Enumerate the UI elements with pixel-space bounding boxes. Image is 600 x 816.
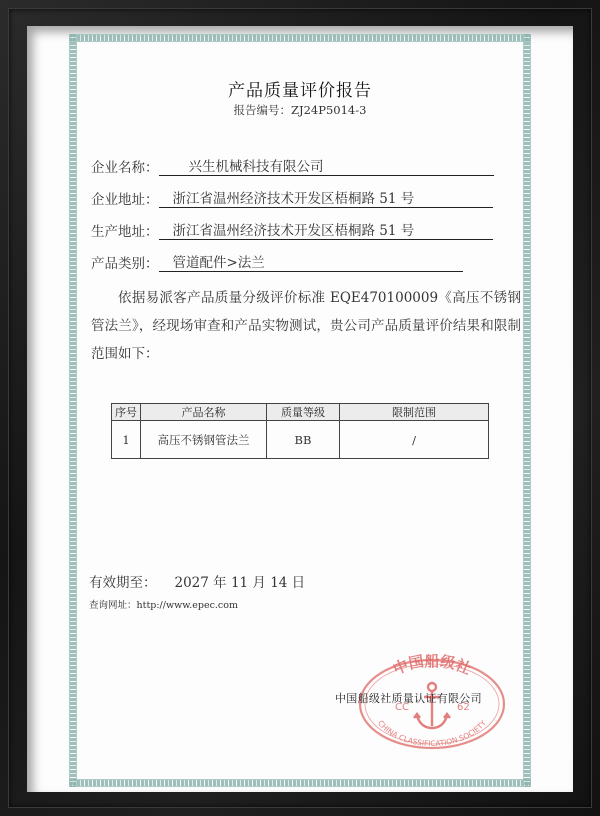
svg-text:中国船级社: 中国船级社 xyxy=(390,654,473,678)
stamp-top-text: 中国船级社 xyxy=(390,654,473,678)
query-label: 查询网址： xyxy=(89,600,137,611)
field-product-category: 产品类别： 管道配件>法兰 xyxy=(91,252,463,272)
header-index: 序号 xyxy=(112,404,141,421)
report-number-value: ZJ24P5014-3 xyxy=(291,103,366,117)
field-value: 兴生机械科技有限公司 xyxy=(159,159,494,176)
result-table: 序号 产品名称 质量等级 限制范围 1 高压不锈钢管法兰 BB / xyxy=(111,403,489,459)
field-label: 企业名称： xyxy=(91,156,159,176)
chain-border-right xyxy=(523,34,531,787)
issuer-name: 中国船级社质量认证有限公司 xyxy=(335,690,482,706)
chain-border-bottom xyxy=(69,779,531,787)
field-production-address: 生产地址： 浙江省温州经济技术开发区梧桐路 51 号 xyxy=(91,220,493,240)
field-label: 产品类别： xyxy=(91,252,159,272)
table-row: 1 高压不锈钢管法兰 BB / xyxy=(112,421,489,459)
query-link[interactable]: http://www.epec.com xyxy=(137,600,238,611)
report-number-label: 报告编号： xyxy=(234,103,292,117)
certificate-paper: 产品质量评价报告 报告编号：ZJ24P5014-3 企业名称： 兴生机械科技有限… xyxy=(27,26,573,792)
header-product-name: 产品名称 xyxy=(141,404,267,421)
field-value: 浙江省温州经济技术开发区梧桐路 51 号 xyxy=(159,191,493,208)
field-label: 生产地址： xyxy=(91,220,159,240)
validity-value: 2027 年 11 月 14 日 xyxy=(175,575,306,591)
field-company-name: 企业名称： 兴生机械科技有限公司 xyxy=(91,156,494,176)
cell-quality-grade: BB xyxy=(267,421,340,459)
table-header-row: 序号 产品名称 质量等级 限制范围 xyxy=(112,404,489,421)
field-label: 企业地址： xyxy=(91,188,159,208)
field-value: 浙江省温州经济技术开发区梧桐路 51 号 xyxy=(159,223,493,240)
cell-product-name: 高压不锈钢管法兰 xyxy=(141,421,267,459)
query-url: 查询网址：http://www.epec.com xyxy=(89,597,238,611)
field-value: 管道配件>法兰 xyxy=(159,255,463,272)
validity-date: 有效期至：2027 年 11 月 14 日 xyxy=(89,571,305,591)
report-number: 报告编号：ZJ24P5014-3 xyxy=(27,102,573,118)
cell-index: 1 xyxy=(112,421,141,459)
header-quality-grade: 质量等级 xyxy=(267,404,340,421)
document-title: 产品质量评价报告 xyxy=(27,76,573,101)
chain-border-left xyxy=(69,34,77,787)
chain-border-top xyxy=(69,34,531,42)
field-company-address: 企业地址： 浙江省温州经济技术开发区梧桐路 51 号 xyxy=(91,188,493,208)
validity-label: 有效期至： xyxy=(89,575,157,591)
header-limit-scope: 限制范围 xyxy=(340,404,489,421)
cell-limit-scope: / xyxy=(340,421,489,459)
evaluation-paragraph: 依据易派客产品质量分级评价标准 EQE470100009《高压不锈钢管法兰》，经… xyxy=(91,284,521,368)
